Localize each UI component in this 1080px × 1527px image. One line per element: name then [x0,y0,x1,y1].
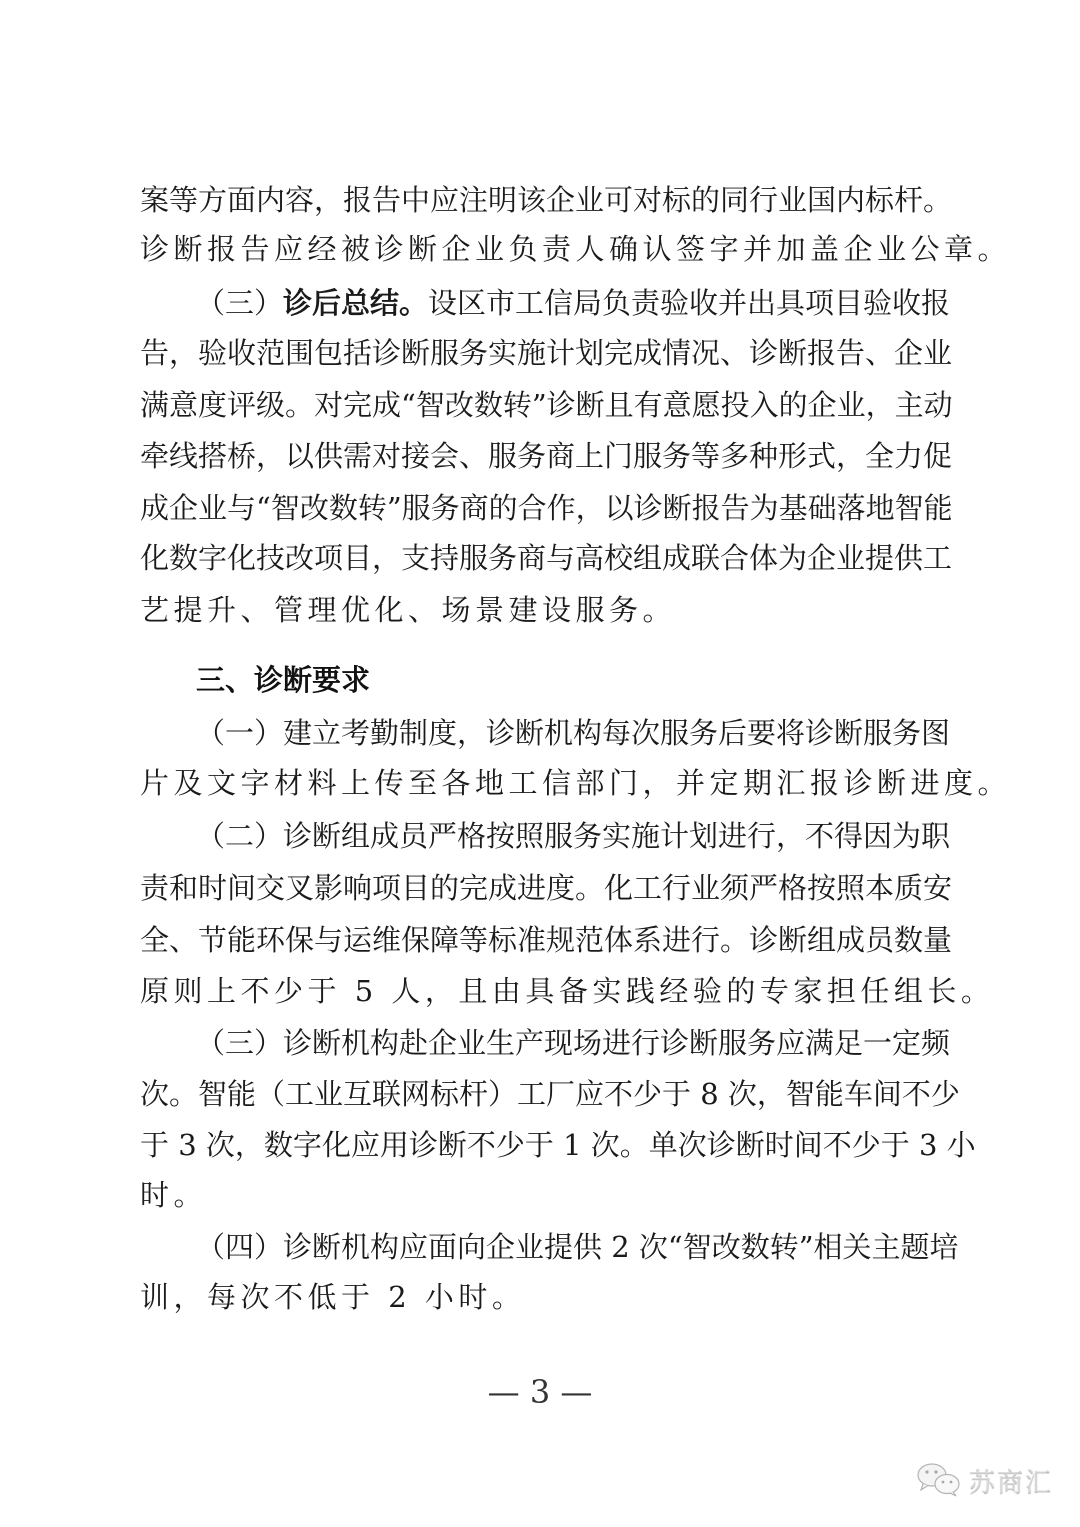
watermark-text: 苏商汇 [969,1462,1053,1499]
requirement-2-line: （二）诊断组成员严格按照服务实施计划进行，不得因为职 [196,816,946,856]
watermark: 苏商汇 [915,1458,1075,1502]
requirement-3-line: 次。智能（工业互联网标杆）工厂应不少于 8 次，智能车间不少 [140,1074,946,1114]
requirement-3-line: 于 3 次，数字化应用诊断不少于 1 次。单次诊断时间不少于 3 小 [140,1125,946,1165]
requirement-2-line: 责和时间交叉影响项目的完成进度。化工行业须严格按照本质安 [140,868,946,908]
wechat-icon [915,1462,963,1498]
requirement-3-line: 时。 [140,1175,946,1215]
requirement-2-line: 全、节能环保与运维保障等标准规范体系进行。诊断组成员数量 [140,920,946,960]
document-page: 案等方面内容，报告中应注明该企业可对标的同行业国内标杆。 诊断报告应经被诊断企业… [0,0,1080,1527]
section-3-3-line-1: （三）诊后总结。设区市工信局负责验收并出具项目验收报 [196,283,946,323]
requirement-3-line: （三）诊断机构赴企业生产现场进行诊断服务应满足一定频 [196,1023,946,1063]
requirement-1-line: （一）建立考勤制度，诊断机构每次服务后要将诊断服务图 [196,713,946,753]
paragraph-line: 牵线搭桥，以供需对接会、服务商上门服务等多种形式，全力促 [140,436,946,476]
section-prefix: （三） [196,286,283,320]
section-title-bold: 诊后总结。 [283,286,428,320]
paragraph-line: 案等方面内容，报告中应注明该企业可对标的同行业国内标杆。 [140,180,946,220]
requirement-1-line: 片及文字材料上传至各地工信部门，并定期汇报诊断进度。 [140,763,946,803]
requirement-4-line: （四）诊断机构应面向企业提供 2 次“智改数转”相关主题培 [196,1227,946,1267]
paragraph-line: 告，验收范围包括诊断服务实施计划完成情况、诊断报告、企业 [140,333,946,373]
page-number: — 3 — [470,1372,610,1412]
paragraph-line: 满意度评级。对完成“智改数转”诊断且有意愿投入的企业，主动 [140,385,946,425]
paragraph-line: 艺提升、管理优化、场景建设服务。 [140,590,946,630]
paragraph-line: 诊断报告应经被诊断企业负责人确认签字并加盖企业公章。 [140,229,946,269]
paragraph-line: 化数字化技改项目，支持服务商与高校组成联合体为企业提供工 [140,538,946,578]
requirement-4-line: 训，每次不低于 2 小时。 [140,1277,946,1317]
paragraph-line: 成企业与“智改数转”服务商的合作，以诊断报告为基础落地智能 [140,488,946,528]
requirement-2-line: 原则上不少于 5 人，且由具备实践经验的专家担任组长。 [140,971,946,1011]
section-heading: 三、诊断要求 [196,660,370,700]
section-line-rest: 设区市工信局负责验收并出具项目验收报 [428,286,950,320]
